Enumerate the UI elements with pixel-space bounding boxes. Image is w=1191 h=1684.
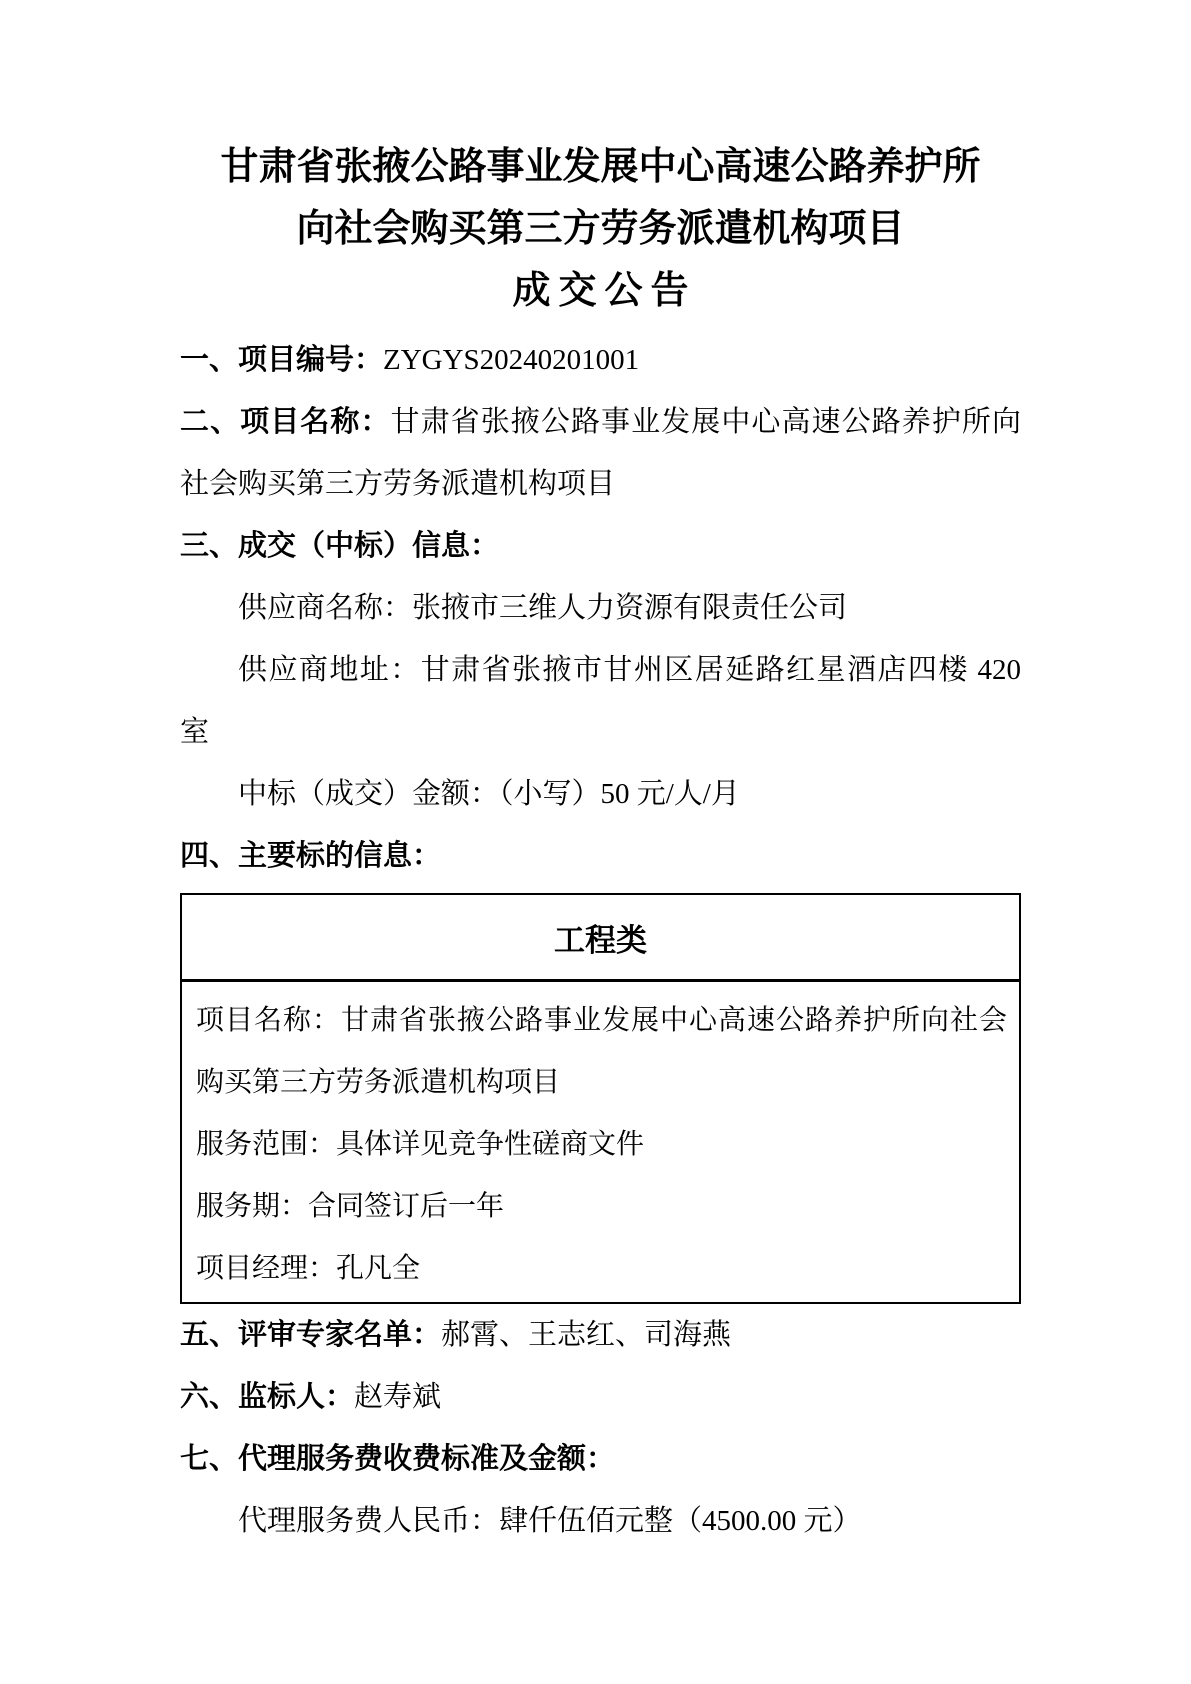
project-number-value: ZYGYS20240201001 xyxy=(383,344,639,376)
review-experts-names: 郝霄、王志红、司海燕 xyxy=(441,1319,731,1351)
agency-fee-amount-line: 代理服务费人民币：肆仟伍佰元整（4500.00 元） xyxy=(180,1490,1021,1552)
supplier-address-line-1: 供应商地址：甘肃省张掖市甘州区居延路红星酒店四楼 420 xyxy=(180,639,1021,701)
award-info-heading: 三、成交（中标）信息： xyxy=(180,515,1021,577)
main-subject-label: 四、主要标的信息： xyxy=(180,840,441,872)
table-header-text: 工程类 xyxy=(554,915,647,960)
supervisor-line: 六、监标人：赵寿斌 xyxy=(180,1366,1021,1428)
project-number-label: 一、项目编号： xyxy=(180,344,383,376)
supplier-address-line-2: 室 xyxy=(180,701,1021,763)
award-amount-line: 中标（成交）金额：（小写）50 元/人/月 xyxy=(180,763,1021,825)
table-header-cell: 工程类 xyxy=(182,895,1019,982)
table-project-name-line-2: 购买第三方劳务派遣机构项目 xyxy=(196,1052,1007,1114)
project-name-value-part2: 社会购买第三方劳务派遣机构项目 xyxy=(180,468,615,500)
supplier-name-text: 供应商名称：张掖市三维人力资源有限责任公司 xyxy=(238,592,847,624)
document-title: 甘肃省张掖公路事业发展中心高速公路养护所 向社会购买第三方劳务派遣机构项目 成交… xyxy=(180,136,1021,322)
table-service-scope-line: 服务范围：具体详见竞争性磋商文件 xyxy=(196,1114,1007,1176)
announcement-page: 甘肃省张掖公路事业发展中心高速公路养护所 向社会购买第三方劳务派遣机构项目 成交… xyxy=(0,0,1191,1684)
table-project-name-line-1: 项目名称：甘肃省张掖公路事业发展中心高速公路养护所向社会 xyxy=(196,990,1007,1052)
project-name-label: 二、项目名称： xyxy=(180,406,391,438)
award-amount-text: 中标（成交）金额：（小写）50 元/人/月 xyxy=(238,778,740,810)
supplier-address-text-part1: 供应商地址：甘肃省张掖市甘州区居延路红星酒店四楼 420 xyxy=(238,654,1021,686)
agency-fee-heading: 七、代理服务费收费标准及金额： xyxy=(180,1428,1021,1490)
project-name-value-part1: 甘肃省张掖公路事业发展中心高速公路养护所向 xyxy=(391,406,1021,438)
document-body: 一、项目编号：ZYGYS20240201001 二、项目名称：甘肃省张掖公路事业… xyxy=(180,329,1021,1552)
project-number-line: 一、项目编号：ZYGYS20240201001 xyxy=(180,329,1021,391)
project-name-line-1: 二、项目名称：甘肃省张掖公路事业发展中心高速公路养护所向 xyxy=(180,391,1021,453)
page-content: 甘肃省张掖公路事业发展中心高速公路养护所 向社会购买第三方劳务派遣机构项目 成交… xyxy=(180,0,1021,1552)
title-line-1: 甘肃省张掖公路事业发展中心高速公路养护所 xyxy=(180,136,1021,198)
award-info-label: 三、成交（中标）信息： xyxy=(180,530,499,562)
agency-fee-amount-text: 代理服务费人民币：肆仟伍佰元整（4500.00 元） xyxy=(238,1505,862,1537)
main-subject-table: 工程类 项目名称：甘肃省张掖公路事业发展中心高速公路养护所向社会 购买第三方劳务… xyxy=(180,893,1021,1304)
main-subject-heading: 四、主要标的信息： xyxy=(180,825,1021,887)
table-service-period-line: 服务期：合同签订后一年 xyxy=(196,1176,1007,1238)
table-body-cell: 项目名称：甘肃省张掖公路事业发展中心高速公路养护所向社会 购买第三方劳务派遣机构… xyxy=(182,982,1019,1302)
project-name-line-2: 社会购买第三方劳务派遣机构项目 xyxy=(180,453,1021,515)
supervisor-name: 赵寿斌 xyxy=(354,1381,441,1413)
table-project-manager-line: 项目经理：孔凡全 xyxy=(196,1238,1007,1300)
title-line-2: 向社会购买第三方劳务派遣机构项目 xyxy=(180,198,1021,260)
agency-fee-label: 七、代理服务费收费标准及金额： xyxy=(180,1443,615,1475)
supervisor-label: 六、监标人： xyxy=(180,1381,354,1413)
supplier-name-line: 供应商名称：张掖市三维人力资源有限责任公司 xyxy=(180,577,1021,639)
title-line-announcement: 成交公告 xyxy=(180,260,1021,322)
review-experts-line: 五、评审专家名单：郝霄、王志红、司海燕 xyxy=(180,1304,1021,1366)
supplier-address-text-part2: 室 xyxy=(180,716,209,748)
review-experts-label: 五、评审专家名单： xyxy=(180,1319,441,1351)
